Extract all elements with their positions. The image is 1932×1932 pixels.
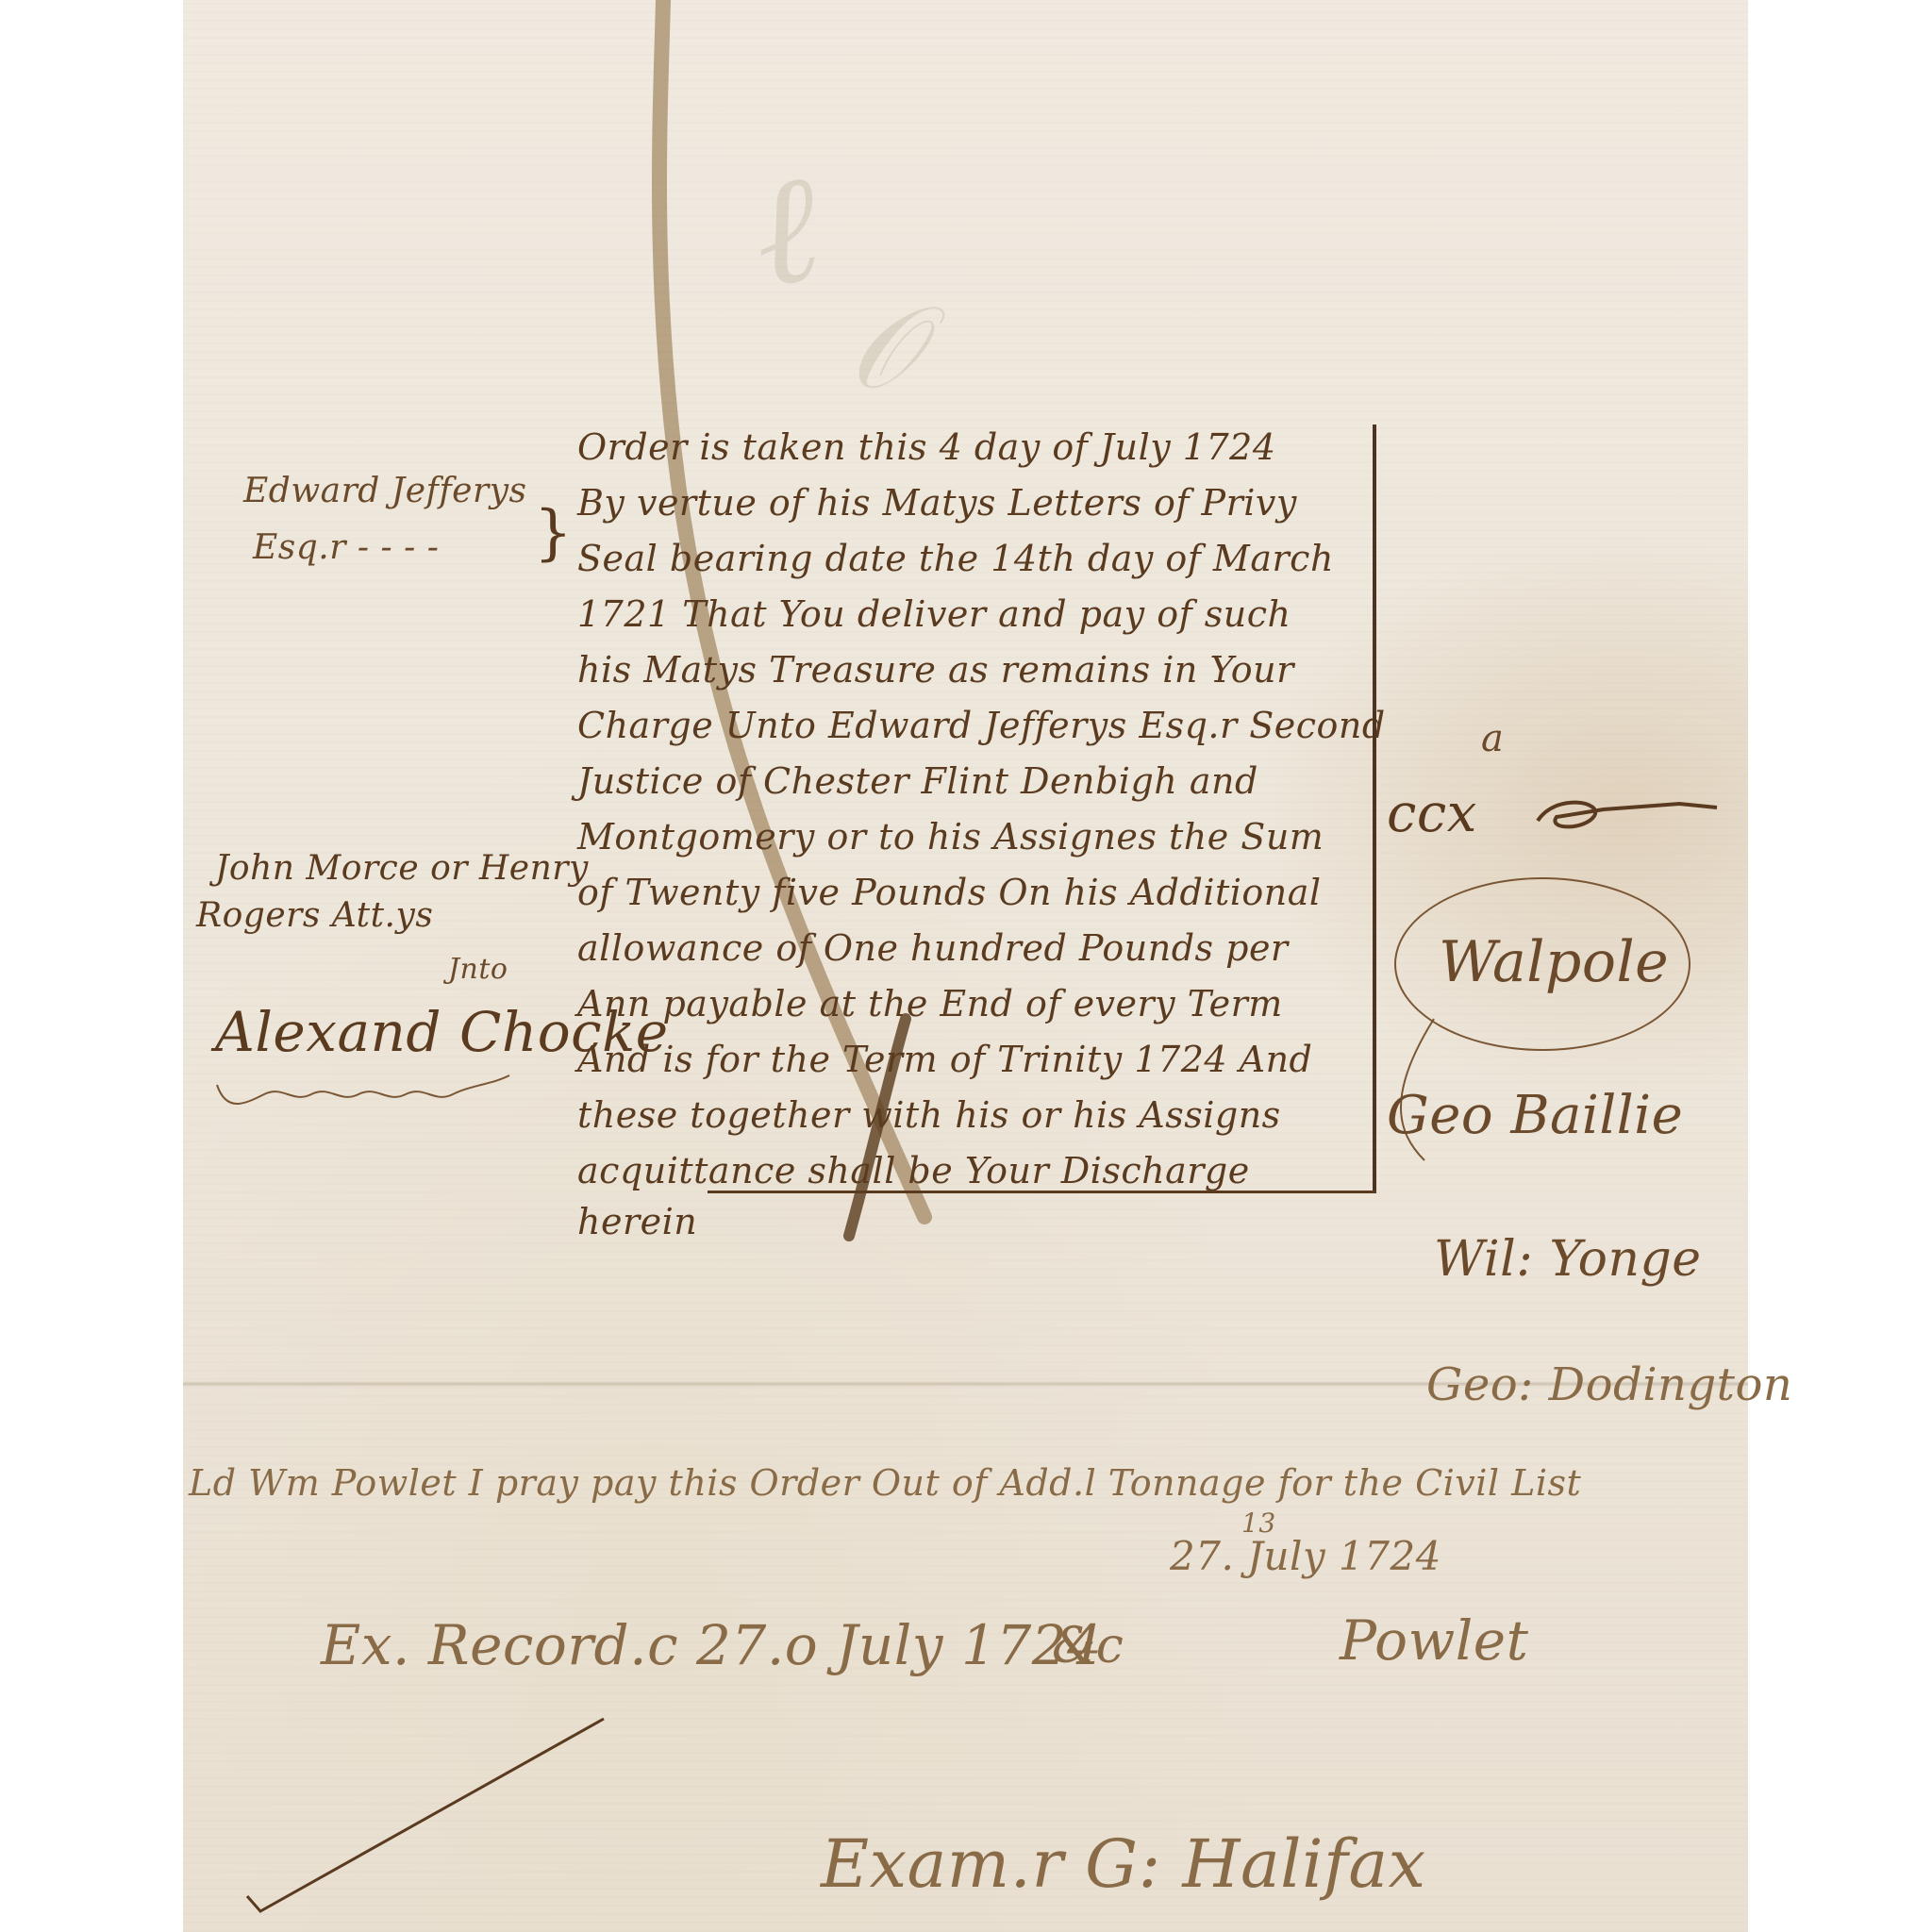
body-line: herein [577,1201,1370,1242]
signature-superscript: Jnto [448,953,508,986]
examined-halifax: Exam.r G: Halifax [821,1825,1426,1903]
body-line: of Twenty five Pounds On his Additional [577,872,1370,913]
payment-date: 27. July 1724 [1170,1533,1441,1579]
bracket-vertical-line [1373,425,1376,1193]
body-line: his Matys Treasure as remains in Your [577,649,1370,691]
signatory-dodington: Geo: Dodington [1426,1358,1792,1411]
body-line: acquittance shall be Your Discharge [577,1150,1370,1191]
body-line: allowance of One hundred Pounds per [577,927,1370,969]
record-entry: Ex. Record.c 27.o July 1724 [321,1613,1103,1677]
payee-brace: } [534,498,573,568]
payee-title: Esq.r - - - - [253,528,439,567]
body-line: By vertue of his Matys Letters of Privy [577,482,1370,524]
record-signature-powlet: Powlet [1340,1608,1528,1673]
body-line: these together with his or his Assigns [577,1094,1370,1136]
order-body: Order is taken this 4 day of July 1724 B… [577,426,1370,1242]
body-line: And is for the Term of Trinity 1724 And [577,1039,1370,1080]
notation-ccx: ccx [1387,783,1477,844]
signatory-yonge: Wil: Yonge [1434,1231,1702,1288]
body-line: 1721 That You deliver and pay of such [577,593,1370,635]
attorneys-line1: John Morce or Henry [215,849,589,888]
body-line: Justice of Chester Flint Denbigh and [577,760,1370,802]
body-line: Charge Unto Edward Jefferys Esq.r Second [577,705,1370,746]
record-flourish: &c [1052,1618,1124,1674]
signatory-baillie: Geo Baillie [1387,1085,1683,1146]
body-line: Seal bearing date the 14th day of March [577,538,1370,579]
body-line: Order is taken this 4 day of July 1724 [577,426,1370,468]
right-flourish-letter: a [1481,717,1504,760]
payment-instruction: Ld Wm Powlet I pray pay this Order Out o… [189,1462,1581,1504]
bleed-through-writing-2: 𝒪 [849,283,921,415]
signature-flourish-icon [208,1057,519,1123]
body-line: Ann payable at the End of every Term [577,983,1370,1024]
signatory-walpole: Walpole [1439,929,1669,995]
attorneys-line2: Rogers Att.ys [196,896,433,935]
body-line: Montgomery or to his Assignes the Sum [577,816,1370,858]
bracket-horizontal-line [708,1191,1376,1193]
payee-name: Edward Jefferys [243,472,527,510]
